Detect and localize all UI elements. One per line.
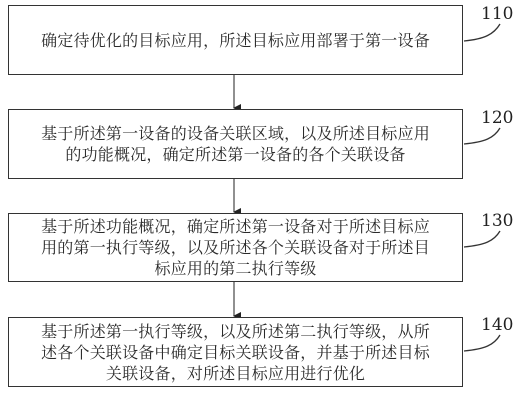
step-130-line-1: 基于所述功能概况，确定所述第一设备对于所述目标应 [41, 216, 430, 237]
leader-line-140 [464, 335, 500, 351]
step-box-140: 基于所述第一执行等级，以及所述第二执行等级，从所 述各个关联设备中确定目标关联设… [8, 317, 463, 387]
step-140-line-3: 关联设备，对所述目标应用进行优化 [41, 363, 430, 384]
step-number-120: 120 [481, 108, 513, 128]
leader-line-130 [464, 231, 500, 247]
leader-line-120 [464, 128, 500, 144]
step-130-line-2: 用的第一执行等级，以及所述各个关联设备对于所述目 [41, 237, 430, 258]
step-130-line-3: 标应用的第二执行等级 [41, 258, 430, 279]
step-text-110: 确定待优化的目标应用，所述目标应用部署于第一设备 [35, 30, 436, 51]
step-110-line-1: 确定待优化的目标应用，所述目标应用部署于第一设备 [41, 30, 430, 51]
step-140-line-2: 述各个关联设备中确定目标关联设备，并基于所述目标 [41, 342, 430, 363]
step-box-130: 基于所述功能概况，确定所述第一设备对于所述目标应 用的第一执行等级，以及所述各个… [8, 213, 463, 282]
step-140-line-1: 基于所述第一执行等级，以及所述第二执行等级，从所 [41, 321, 430, 342]
step-text-130: 基于所述功能概况，确定所述第一设备对于所述目标应 用的第一执行等级，以及所述各个… [35, 216, 436, 279]
leader-line-110 [464, 24, 500, 41]
step-box-120: 基于所述第一设备的设备关联区域，以及所述目标应用 的功能概况，确定所述第一设备的… [8, 109, 463, 179]
step-number-140: 140 [481, 315, 513, 335]
step-text-140: 基于所述第一执行等级，以及所述第二执行等级，从所 述各个关联设备中确定目标关联设… [35, 321, 436, 384]
step-text-120: 基于所述第一设备的设备关联区域，以及所述目标应用 的功能概况，确定所述第一设备的… [35, 123, 436, 165]
step-120-line-2: 的功能概况，确定所述第一设备的各个关联设备 [41, 144, 430, 165]
step-number-130: 130 [481, 211, 513, 231]
step-120-line-1: 基于所述第一设备的设备关联区域，以及所述目标应用 [41, 123, 430, 144]
step-box-110: 确定待优化的目标应用，所述目标应用部署于第一设备 [8, 5, 463, 75]
step-number-110: 110 [481, 4, 513, 24]
